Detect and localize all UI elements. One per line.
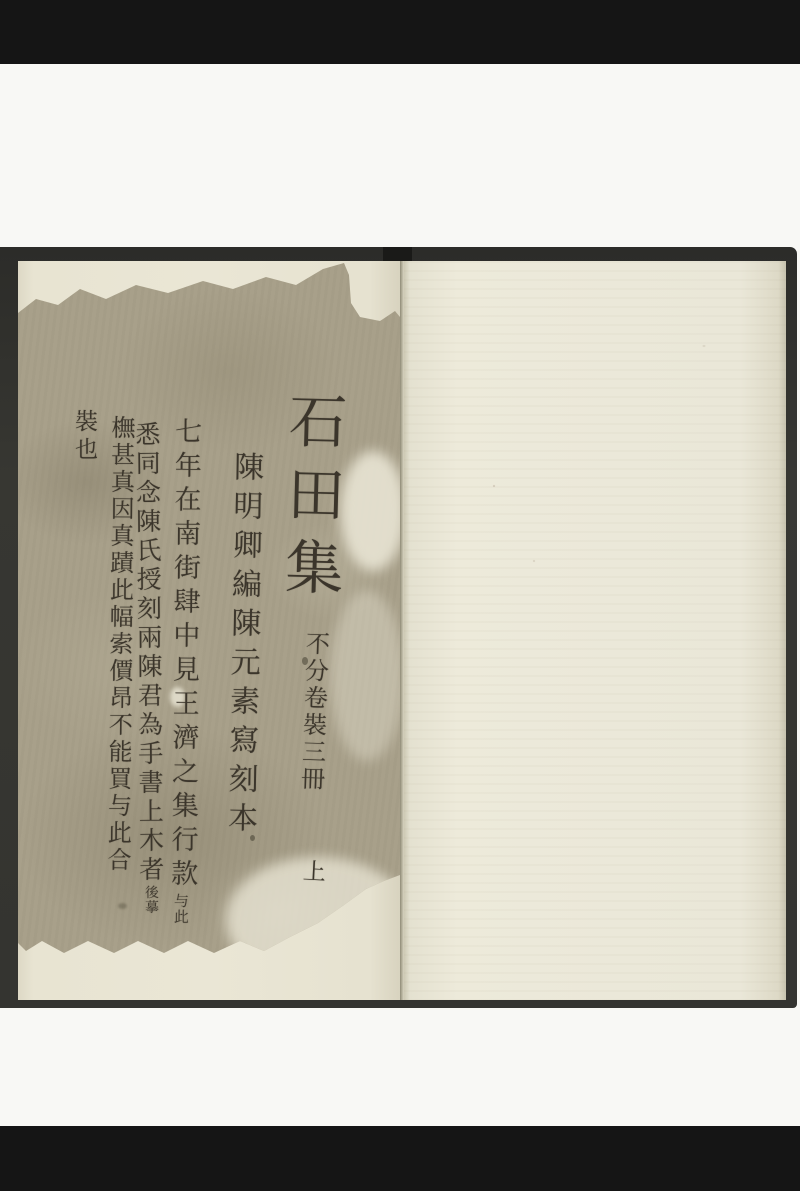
scanned-book-photograph: 石田集 不分卷裝三冊 上 陳明卿編陳元素寫刻本 七年在南街肆中見王濟之集行款与此… [0, 0, 800, 1191]
book-title-calligraphy: 石田集 [279, 390, 343, 610]
paper-stain [118, 903, 127, 909]
volume-mark: 上 [299, 858, 323, 882]
mounted-manuscript-paper: 石田集 不分卷裝三冊 上 陳明卿編陳元素寫刻本 七年在南街肆中見王濟之集行款与此… [18, 261, 400, 1000]
right-page-blank [404, 261, 786, 1000]
colophon-column-4: 裝也 [72, 409, 95, 465]
paper-damage-patch [330, 591, 400, 761]
colophon-column-3: 橅甚真因真蹟此幅索價昂不能買与此合 [105, 415, 133, 874]
top-letterbox-bar [0, 0, 800, 64]
bottom-letterbox-bar [0, 1126, 800, 1191]
page-spread: 石田集 不分卷裝三冊 上 陳明卿編陳元素寫刻本 七年在南街肆中見王濟之集行款与此… [18, 261, 786, 1000]
attribution-column: 陳明卿編陳元素寫刻本 [224, 451, 261, 841]
colophon-interlinear-note: 与此 [172, 893, 190, 925]
colophon-column-1: 七年在南街肆中見王濟之集行款与此 [168, 417, 199, 925]
colophon-text: 悉同念陳氏授刻兩陳君為手書上木者 [132, 421, 165, 885]
title-annotation-volumes: 不分卷裝三冊 [298, 631, 328, 794]
colophon-text: 裝也 [71, 409, 97, 465]
colophon-interlinear-note: 後摹 [142, 885, 158, 915]
left-page: 石田集 不分卷裝三冊 上 陳明卿編陳元素寫刻本 七年在南街肆中見王濟之集行款与此… [18, 261, 400, 1000]
colophon-text: 橅甚真因真蹟此幅索價昂不能買与此合 [103, 415, 135, 874]
paper-damage-patch [340, 451, 400, 571]
colophon-text: 七年在南街肆中見王濟之集行款 [166, 417, 201, 893]
book-open-spread: 石田集 不分卷裝三冊 上 陳明卿編陳元素寫刻本 七年在南街肆中見王濟之集行款与此… [0, 247, 797, 1008]
colophon-column-2: 悉同念陳氏授刻兩陳君為手書上木者後摹 [134, 421, 163, 915]
